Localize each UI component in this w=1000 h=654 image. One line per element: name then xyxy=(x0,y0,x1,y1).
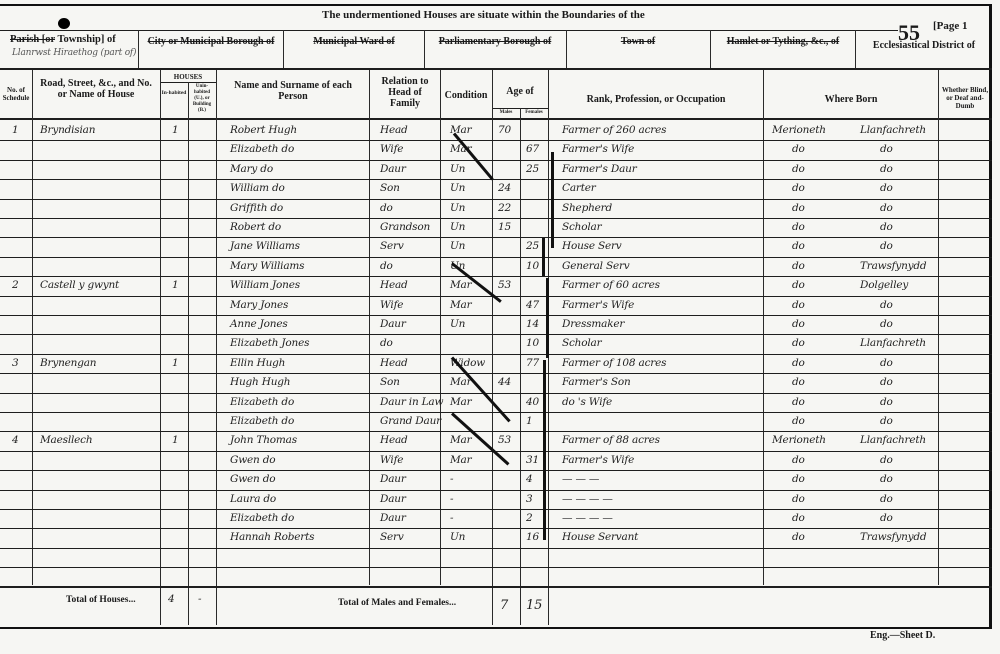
cell-born-county: do xyxy=(792,337,805,349)
cell-relation: Head xyxy=(380,279,408,291)
cell-female-age: 40 xyxy=(526,396,539,408)
cell-born-county: do xyxy=(792,493,805,505)
cell-born-county: do xyxy=(792,376,805,388)
cell-condition: Un xyxy=(450,318,465,330)
cell-female-age: 3 xyxy=(526,493,532,505)
cell-name: William Jones xyxy=(230,279,300,291)
col-divider xyxy=(32,70,33,585)
col-header-name: Name and Surname of each Person xyxy=(222,80,364,102)
total-males: 7 xyxy=(500,598,508,613)
cell-occupation: Farmer's Wife xyxy=(562,454,634,466)
row-rule xyxy=(0,373,992,374)
cell-born-county: do xyxy=(792,279,805,291)
cell-born-parish: do xyxy=(880,396,893,408)
cell-road: Castell y gwynt xyxy=(40,279,119,291)
cell-relation: Daur xyxy=(380,473,406,485)
col-header-inhabited: In-habited xyxy=(161,90,187,96)
cell-occupation: — — — — xyxy=(562,512,613,524)
col-header-houses: HOUSES xyxy=(160,73,216,81)
col-divider xyxy=(369,70,370,585)
cell-name: Griffith do xyxy=(230,202,283,214)
cell-born-county: do xyxy=(792,454,805,466)
cell-occupation: Scholar xyxy=(562,337,601,349)
cell-relation: Grand Daur xyxy=(380,415,441,427)
cell-born-county: do xyxy=(792,396,805,408)
divider xyxy=(710,30,711,68)
cell-female-age: 1 xyxy=(526,415,532,427)
ecclesiastical-district-label: Ecclesiastical District of xyxy=(858,40,990,51)
cell-name: William do xyxy=(230,182,285,194)
ink-blot xyxy=(58,18,70,29)
cell-condition: - xyxy=(450,512,453,524)
parish-value: Llanrwst Hiraethog (part of) xyxy=(12,48,136,58)
cell-born-parish: do xyxy=(880,454,893,466)
cell-condition: Un xyxy=(450,163,465,175)
header-bottom-rule xyxy=(0,118,992,120)
cell-name: Hugh Hugh xyxy=(230,376,290,388)
cell-female-age: 14 xyxy=(526,318,539,330)
cell-born-parish: do xyxy=(880,357,893,369)
cell-name: Elizabeth do xyxy=(230,396,294,408)
col-divider xyxy=(763,70,764,585)
cell-name: Ellin Hugh xyxy=(230,357,285,369)
cell-born-parish: do xyxy=(880,512,893,524)
row-rule xyxy=(0,548,992,549)
cell-born-parish: do xyxy=(880,221,893,233)
cell-condition: Mar xyxy=(450,299,471,311)
row-rule xyxy=(0,257,992,258)
cell-female-age: 25 xyxy=(526,240,539,252)
row-rule xyxy=(0,179,992,180)
cell-born-county: do xyxy=(792,182,805,194)
divider xyxy=(855,30,856,68)
col-header-females: Females xyxy=(521,110,547,115)
cell-schedule: 4 xyxy=(12,434,18,446)
cell-born-parish: do xyxy=(880,415,893,427)
cell-occupation: Farmer's Son xyxy=(562,376,631,388)
cell-name: Robert do xyxy=(230,221,281,233)
row-rule xyxy=(0,509,992,510)
cell-born-parish: do xyxy=(880,182,893,194)
cell-female-age: 16 xyxy=(526,531,539,543)
cell-born-parish: do xyxy=(880,240,893,252)
cell-schedule: 1 xyxy=(12,124,18,136)
cell-female-age: 4 xyxy=(526,473,532,485)
total-persons-label: Total of Males and Females... xyxy=(338,598,456,608)
cell-born-parish: do xyxy=(880,493,893,505)
cell-road: Maesllech xyxy=(40,434,92,446)
total-houses-inhabited: 4 xyxy=(168,593,174,605)
cell-born-county: do xyxy=(792,512,805,524)
row-rule xyxy=(0,160,992,161)
col-divider xyxy=(216,70,217,625)
cell-occupation: Farmer's Wife xyxy=(562,299,634,311)
cell-relation: Head xyxy=(380,124,408,136)
cell-relation: Head xyxy=(380,357,408,369)
cell-occupation: Carter xyxy=(562,182,596,194)
cell-relation: Wife xyxy=(380,299,403,311)
row-rule xyxy=(0,237,992,238)
household-bracket xyxy=(542,238,545,276)
cell-relation: Son xyxy=(380,182,400,194)
cell-relation: Grandson xyxy=(380,221,430,233)
cell-male-age: 22 xyxy=(498,202,511,214)
cell-born-county: do xyxy=(792,299,805,311)
municipal-ward-label: Municipal Ward of xyxy=(290,36,418,47)
cell-inhabited: 1 xyxy=(172,357,178,369)
col-header-males: Males xyxy=(493,110,519,115)
cell-condition: Mar xyxy=(450,454,471,466)
cell-born-parish: do xyxy=(880,163,893,175)
rule xyxy=(0,30,898,31)
cell-occupation: Farmer of 88 acres xyxy=(562,434,660,446)
cell-relation: Serv xyxy=(380,240,404,252)
cell-born-county: Merioneth xyxy=(772,124,826,136)
cell-born-parish: do xyxy=(880,318,893,330)
divider xyxy=(283,30,284,68)
rule xyxy=(0,68,992,70)
cell-occupation: Farmer's Wife xyxy=(562,143,634,155)
cell-born-parish: do xyxy=(880,473,893,485)
row-rule xyxy=(0,354,992,355)
cell-name: Elizabeth do xyxy=(230,512,294,524)
col-divider xyxy=(440,70,441,585)
cell-born-county: do xyxy=(792,143,805,155)
cell-occupation: General Serv xyxy=(562,260,630,272)
cell-relation: Daur xyxy=(380,163,406,175)
cell-relation: Daur xyxy=(380,493,406,505)
cell-condition: Mar xyxy=(450,434,471,446)
row-rule xyxy=(0,315,992,316)
cell-born-parish: do xyxy=(880,299,893,311)
cell-relation: Head xyxy=(380,434,408,446)
total-houses-label: Total of Houses... xyxy=(66,595,136,605)
cell-occupation: House Serv xyxy=(562,240,622,252)
cell-born-parish: Trawsfynydd xyxy=(860,260,926,272)
cell-condition: Un xyxy=(450,240,465,252)
cell-relation: Wife xyxy=(380,143,403,155)
row-rule xyxy=(0,393,992,394)
cell-male-age: 53 xyxy=(498,279,511,291)
cell-female-age: 31 xyxy=(526,454,539,466)
cell-schedule: 3 xyxy=(12,357,18,369)
cell-born-parish: do xyxy=(880,202,893,214)
cell-relation: do xyxy=(380,337,393,349)
total-houses-uninhabited: - xyxy=(198,593,201,605)
cell-born-parish: do xyxy=(880,143,893,155)
cell-born-county: do xyxy=(792,260,805,272)
total-females: 15 xyxy=(526,598,542,613)
cell-born-county: do xyxy=(792,221,805,233)
col-header-occupation: Rank, Profession, or Occupation xyxy=(552,94,760,105)
divider xyxy=(566,30,567,68)
cell-relation: Serv xyxy=(380,531,404,543)
hamlet-label: Hamlet or Tything, &c., of xyxy=(714,36,852,47)
cell-schedule: 2 xyxy=(12,279,18,291)
cell-born-parish: Trawsfynydd xyxy=(860,531,926,543)
row-rule xyxy=(0,276,992,277)
cell-name: Gwen do xyxy=(230,473,275,485)
cell-born-county: do xyxy=(792,473,805,485)
cell-male-age: 24 xyxy=(498,182,511,194)
cell-born-county: do xyxy=(792,415,805,427)
cell-born-county: do xyxy=(792,240,805,252)
cell-born-county: do xyxy=(792,357,805,369)
cell-relation: Daur xyxy=(380,318,406,330)
cell-born-parish: do xyxy=(880,376,893,388)
cell-occupation: Farmer's Daur xyxy=(562,163,637,175)
household-bracket xyxy=(543,360,546,540)
row-rule xyxy=(0,528,992,529)
col-header-age: Age of xyxy=(492,86,548,97)
parish-label: Parish [or Township] of xyxy=(10,34,116,45)
municipal-borough-label: City or Municipal Borough of xyxy=(145,36,277,47)
cell-condition: Un xyxy=(450,221,465,233)
cell-name: Hannah Roberts xyxy=(230,531,314,543)
divider xyxy=(138,30,139,68)
cell-female-age: 67 xyxy=(526,143,539,155)
page-label: [Page 1 xyxy=(933,20,968,32)
col-header-relation: Relation to Head of Family xyxy=(372,76,438,109)
cell-inhabited: 1 xyxy=(172,124,178,136)
cell-relation: do xyxy=(380,260,393,272)
household-bracket xyxy=(546,278,549,358)
cell-born-county: Merioneth xyxy=(772,434,826,446)
row-rule xyxy=(0,218,992,219)
parliamentary-borough-label: Parliamentary Borough of xyxy=(428,36,562,47)
cell-condition: Un xyxy=(450,182,465,194)
cell-female-age: 10 xyxy=(526,260,539,272)
cell-condition: Mar xyxy=(450,396,471,408)
household-bracket xyxy=(551,152,554,248)
cell-name: Robert Hugh xyxy=(230,124,297,136)
col-divider xyxy=(492,70,493,625)
col-header-blind: Whether Blind, or Deaf and-Dumb xyxy=(940,86,990,110)
cell-condition: Un xyxy=(450,531,465,543)
cell-born-county: do xyxy=(792,202,805,214)
cell-inhabited: 1 xyxy=(172,434,178,446)
cell-occupation: Scholar xyxy=(562,221,601,233)
cell-relation: Daur xyxy=(380,512,406,524)
cell-male-age: 44 xyxy=(498,376,511,388)
cell-born-county: do xyxy=(792,531,805,543)
col-divider xyxy=(160,70,161,625)
cell-name: Elizabeth do xyxy=(230,415,294,427)
col-header-condition: Condition xyxy=(441,90,491,101)
cell-born-parish: Dolgelley xyxy=(860,279,908,291)
cell-occupation: Farmer of 260 acres xyxy=(562,124,666,136)
cell-name: Elizabeth do xyxy=(230,143,294,155)
cell-occupation: Farmer of 60 acres xyxy=(562,279,660,291)
row-rule xyxy=(0,470,992,471)
cell-male-age: 53 xyxy=(498,434,511,446)
cell-occupation: Dressmaker xyxy=(562,318,624,330)
cell-female-age: 47 xyxy=(526,299,539,311)
cell-name: Mary Jones xyxy=(230,299,288,311)
col-divider xyxy=(938,70,939,585)
cell-occupation: House Servant xyxy=(562,531,638,543)
totals-top-rule xyxy=(0,586,992,588)
sheet-label: Eng.—Sheet D. xyxy=(870,630,935,641)
row-rule xyxy=(0,334,992,335)
cell-name: Elizabeth Jones xyxy=(230,337,309,349)
document-title: The undermentioned Houses are situate wi… xyxy=(322,9,645,21)
col-header-schedule: No. of Schedule xyxy=(1,86,31,102)
cell-name: Laura do xyxy=(230,493,276,505)
row-rule xyxy=(0,140,992,141)
cell-born-parish: Llanfachreth xyxy=(860,434,926,446)
cell-name: Mary do xyxy=(230,163,273,175)
row-rule xyxy=(0,567,992,568)
cell-relation: Wife xyxy=(380,454,403,466)
cell-occupation: Shepherd xyxy=(562,202,612,214)
cell-relation: do xyxy=(380,202,393,214)
cell-condition: - xyxy=(450,473,453,485)
census-page: The undermentioned Houses are situate wi… xyxy=(0,0,1000,654)
cell-male-age: 15 xyxy=(498,221,511,233)
cell-road: Bryndisian xyxy=(40,124,95,136)
cell-female-age: 10 xyxy=(526,337,539,349)
row-rule xyxy=(0,431,992,432)
cell-condition: Mar xyxy=(450,279,471,291)
cell-occupation: — — — — xyxy=(562,493,613,505)
col-header-road: Road, Street, &c., and No. or Name of Ho… xyxy=(40,78,152,100)
cell-female-age: 25 xyxy=(526,163,539,175)
cell-inhabited: 1 xyxy=(172,279,178,291)
cell-name: Mary Williams xyxy=(230,260,304,272)
cell-relation: Daur in Law xyxy=(380,396,443,408)
cell-occupation: do 's Wife xyxy=(562,396,612,408)
cell-relation: Son xyxy=(380,376,400,388)
cell-born-county: do xyxy=(792,318,805,330)
cell-female-age: 77 xyxy=(526,357,539,369)
town-label: Town of xyxy=(572,36,704,47)
col-header-where-born: Where Born xyxy=(766,94,936,105)
cell-born-parish: Llanfachreth xyxy=(860,337,926,349)
cell-born-county: do xyxy=(792,163,805,175)
row-rule xyxy=(0,199,992,200)
cell-road: Brynengan xyxy=(40,357,96,369)
cell-male-age: 70 xyxy=(498,124,511,136)
cell-condition: Un xyxy=(450,202,465,214)
cell-condition: - xyxy=(450,493,453,505)
row-rule xyxy=(0,490,992,491)
cell-occupation: Farmer of 108 acres xyxy=(562,357,666,369)
cell-name: Anne Jones xyxy=(230,318,288,330)
cell-name: John Thomas xyxy=(230,434,297,446)
col-header-uninhabited: Unin-habited (U.), or Building (B.) xyxy=(189,84,215,114)
cell-female-age: 2 xyxy=(526,512,532,524)
row-rule xyxy=(0,412,992,413)
divider xyxy=(424,30,425,68)
cell-occupation: — — — xyxy=(562,473,599,485)
cell-name: Jane Williams xyxy=(230,240,300,252)
cell-name: Gwen do xyxy=(230,454,275,466)
cell-born-parish: Llanfachreth xyxy=(860,124,926,136)
